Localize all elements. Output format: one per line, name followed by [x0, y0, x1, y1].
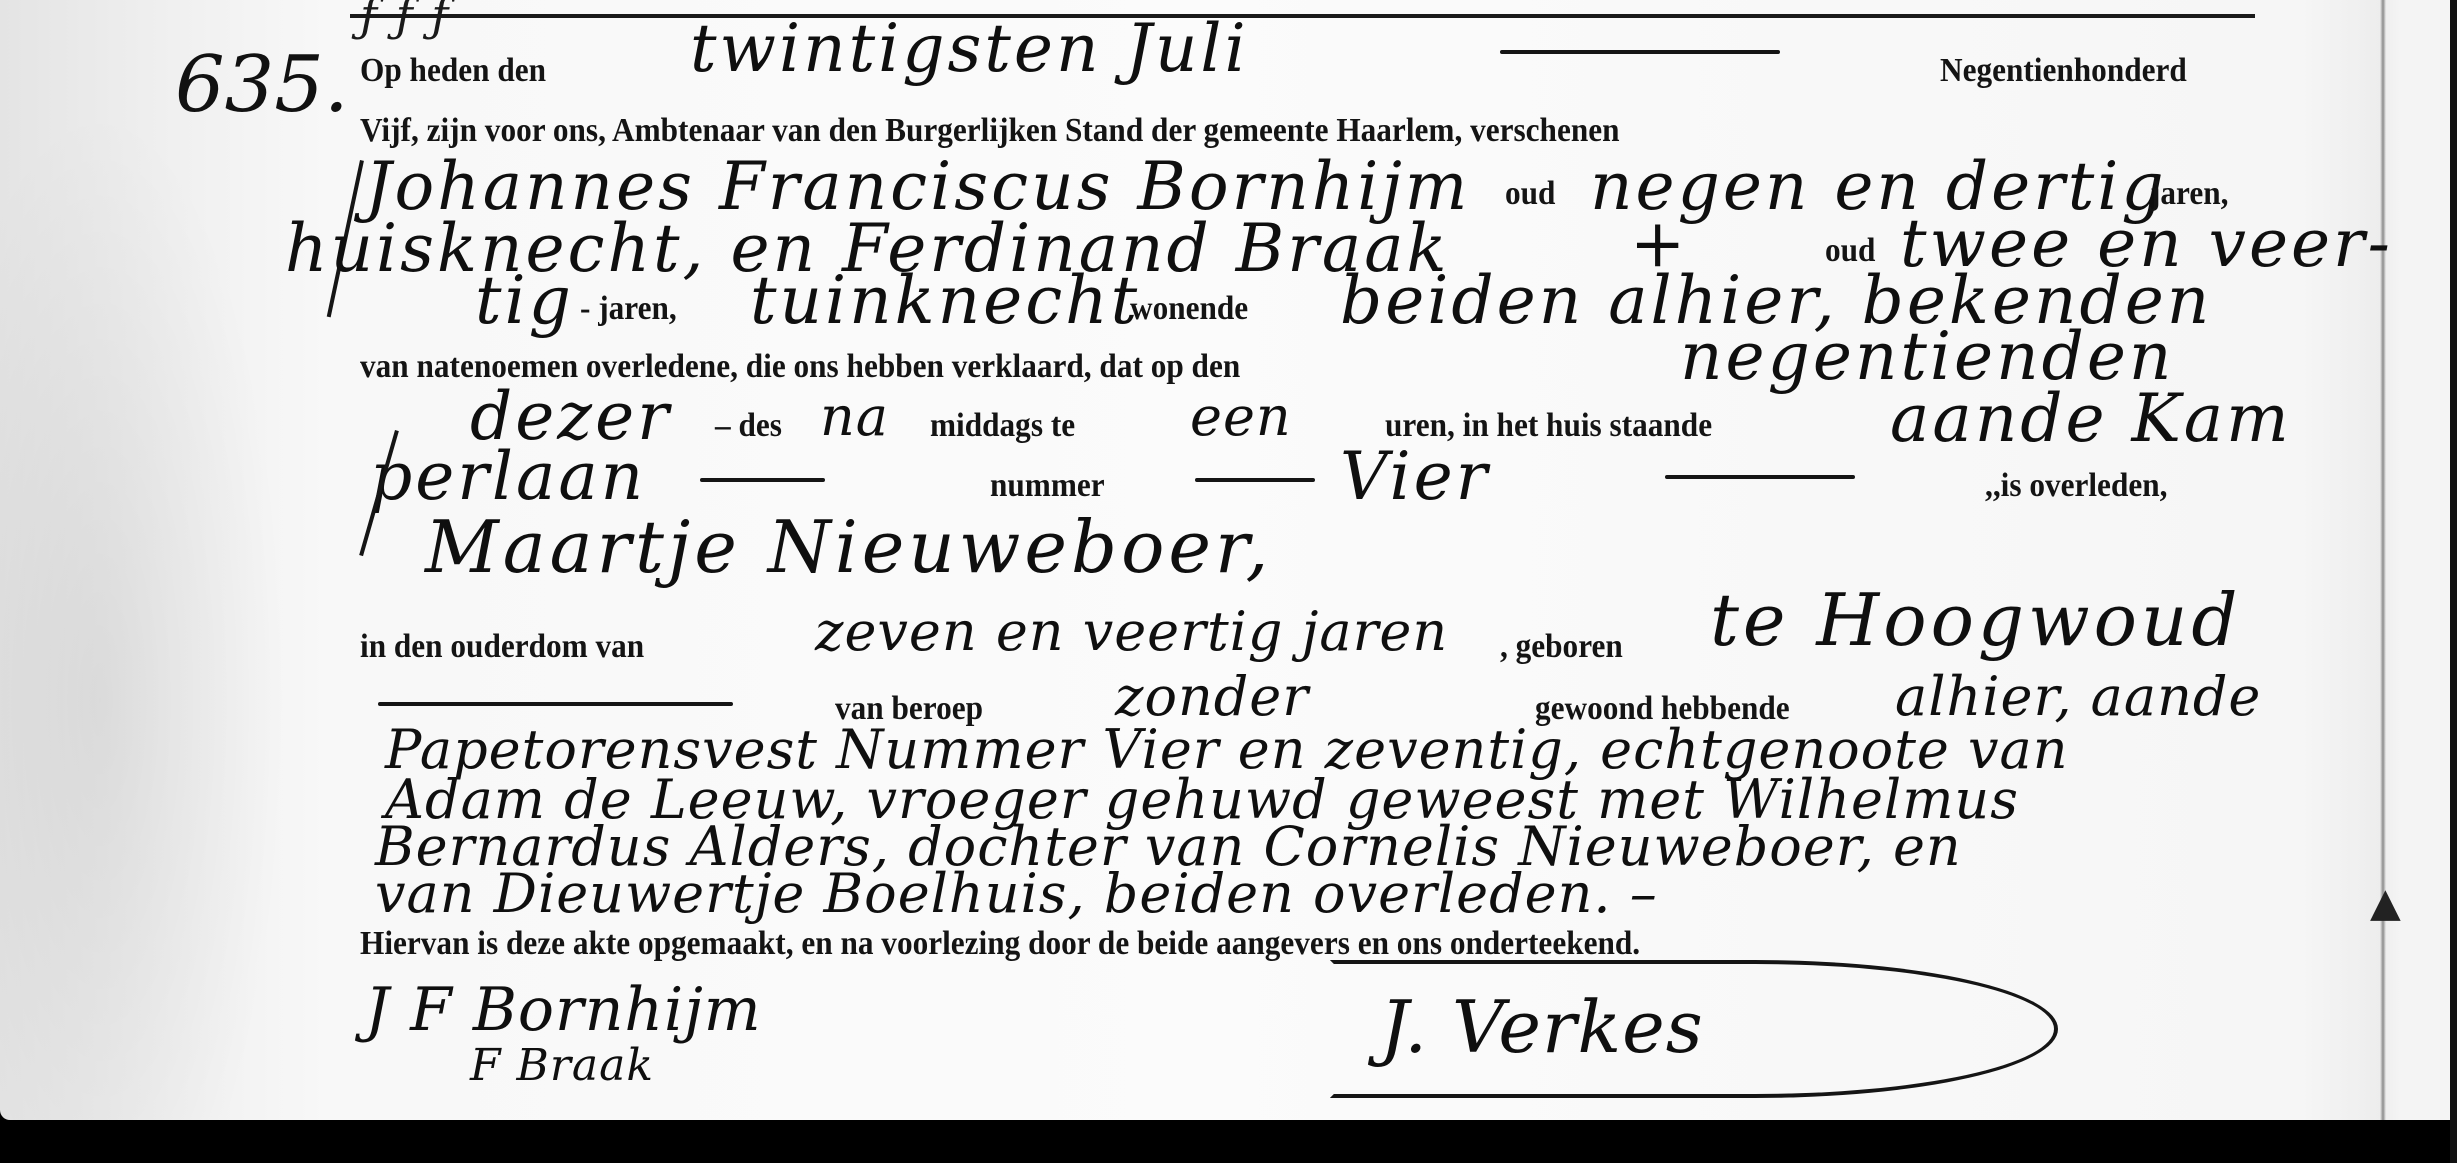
printed-in-den-ouderdom-van: in den ouderdom van [360, 628, 644, 666]
printed-year-prefix: Negentienhonderd [1940, 52, 2187, 90]
handwritten-street-part-1: aande Kam [1890, 380, 2292, 457]
signature-flourish [1330, 960, 2058, 1098]
printed-middags-te: middags te [930, 407, 1075, 445]
signature-declarant-1: J F Bornhijm [365, 975, 762, 1045]
handwritten-na: na [820, 385, 889, 448]
printed-oud: oud [1505, 175, 1555, 213]
printed-line-2: Vijf, zijn voor ons, Ambtenaar van den B… [360, 112, 1620, 150]
handwritten-birthplace: te Hoogwoud [1710, 578, 2241, 662]
signature-declarant-2: F Braak [470, 1040, 654, 1091]
printed-is-overleden: ,,is overleden, [1985, 467, 2167, 505]
fill-rule [1665, 475, 1855, 479]
printed-geboren: , geboren [1500, 628, 1623, 666]
printed-closing-statement: Hiervan is deze akte opgemaakt, en na vo… [360, 925, 1640, 963]
handwritten-declarant-2-occupation: tuinknecht [750, 262, 1140, 339]
margin-caret-mark: ▲ [2370, 880, 2401, 926]
printed-wonende: wonende [1130, 290, 1248, 328]
fill-rule [1500, 50, 1780, 54]
handwritten-age-end: tig [475, 262, 574, 339]
printed-des: – des [715, 407, 782, 445]
printed-op-heden-den: Op heden den [360, 52, 546, 90]
entry-separator-rule [350, 14, 2255, 18]
handwritten-house-number: Vier [1340, 438, 1490, 515]
page-fold-line [2380, 0, 2386, 1120]
previous-entry-fragment: ƒ ƒ ƒ [360, 0, 450, 42]
fill-rule [700, 478, 825, 482]
handwritten-date: twintigsten Juli [690, 10, 1249, 87]
printed-jaren-2: - jaren, [580, 290, 677, 328]
document-scan: ƒ ƒ ƒ 635. Op heden den twintigsten Juli… [0, 0, 2457, 1163]
entry-number: 635. [175, 40, 349, 130]
handwritten-deceased-age: zeven en veertig jaren [815, 600, 1448, 663]
margin-stain [0, 0, 320, 1120]
fill-rule [378, 702, 733, 706]
printed-nummer: nummer [990, 467, 1105, 505]
handwritten-parents-line-2: van Dieuwertje Boelhuis, beiden overlede… [375, 862, 1658, 925]
scan-edge [2450, 0, 2457, 1163]
handwritten-street-part-2: perlaan [370, 438, 646, 515]
fill-rule [1195, 478, 1315, 482]
handwritten-hour: een [1190, 385, 1292, 448]
handwritten-deceased-name: Maartje Nieuweboer, [425, 505, 1272, 589]
